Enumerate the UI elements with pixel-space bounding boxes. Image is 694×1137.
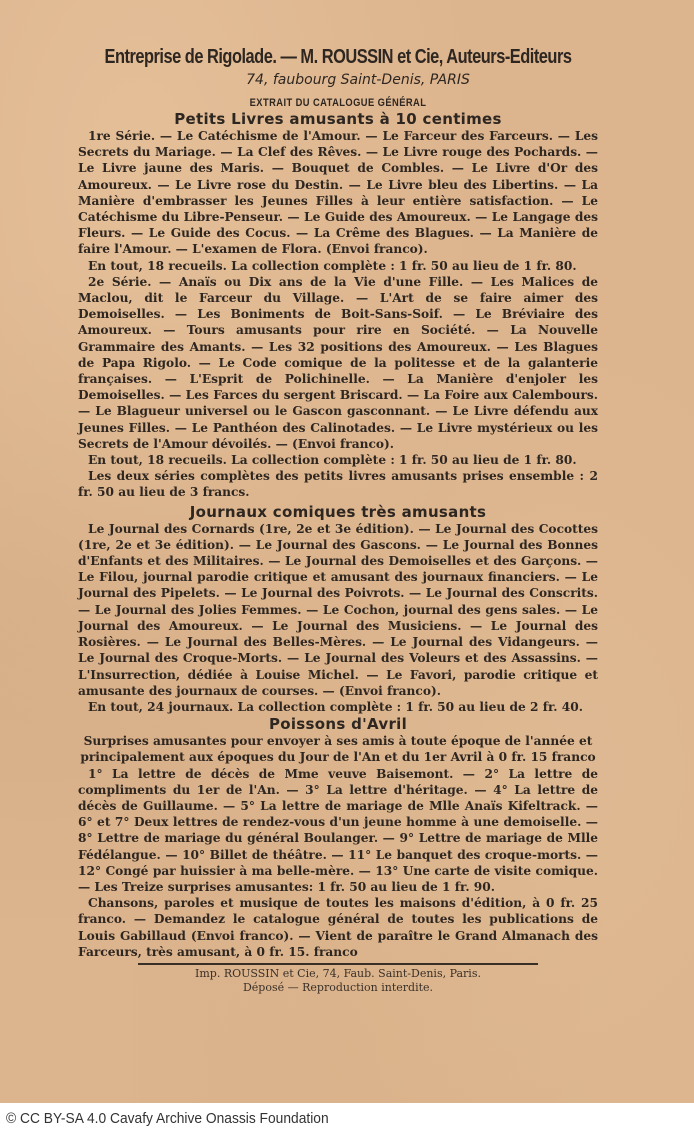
both-series-price: Les deux séries complètes des petits liv…	[78, 468, 598, 500]
surprises-intro: Surprises amusantes pour envoyer à ses a…	[78, 733, 598, 765]
printer-line: Imp. ROUSSIN et Cie, 74, Faub. Saint-Den…	[78, 967, 598, 981]
chansons-note: Chansons, paroles et musique de toutes l…	[78, 895, 598, 960]
section-heading-petits-livres: Petits Livres amusants à 10 centimes	[78, 110, 598, 128]
series-2-price: En tout, 18 recueils. La collection comp…	[78, 452, 598, 468]
surprises-list: 1° La lettre de décès de Mme veuve Baise…	[78, 766, 598, 896]
copyright-notice: Déposé — Reproduction interdite.	[78, 981, 598, 995]
journaux-list: Le Journal des Cornards (1re, 2e et 3e é…	[78, 521, 598, 699]
series-1-list: 1re Série. — Le Catéchisme de l'Amour. —…	[78, 128, 598, 258]
section-heading-journaux: Journaux comiques très amusants	[78, 503, 598, 521]
section-heading-poissons: Poissons d'Avril	[78, 715, 598, 733]
scanned-page: Entreprise de Rigolade. — M. ROUSSIN et …	[0, 0, 694, 1103]
series-2-list: 2e Série. — Anaïs ou Dix ans de la Vie d…	[78, 274, 598, 452]
divider-rule	[138, 963, 538, 965]
publisher-title: Entreprise de Rigolade. — M. ROUSSIN et …	[92, 44, 584, 70]
journaux-price: En tout, 24 journaux. La collection comp…	[78, 699, 598, 715]
license-credit: © CC BY-SA 4.0 Cavafy Archive Onassis Fo…	[6, 1110, 329, 1127]
series-1-price: En tout, 18 recueils. La collection comp…	[78, 258, 598, 274]
publisher-address: 74, faubourg Saint-Denis, PARIS	[118, 70, 598, 90]
catalogue-text: Entreprise de Rigolade. — M. ROUSSIN et …	[78, 44, 598, 995]
catalogue-subtitle: EXTRAIT DU CATALOGUE GÉNÉRAL	[117, 96, 559, 110]
